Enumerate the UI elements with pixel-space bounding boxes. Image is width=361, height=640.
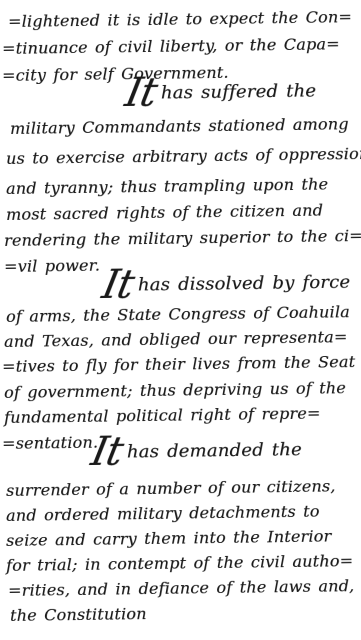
manuscript-line: =sentation. (2, 433, 98, 454)
manuscript-line-text: =vil power. (4, 256, 100, 277)
manuscript-line-text: and tyranny; thus trampling upon the (6, 175, 328, 199)
manuscript-page: =lightened it is idle to expect the Con=… (0, 0, 361, 640)
manuscript-line: for trial; in contempt of the civil auth… (6, 551, 353, 576)
manuscript-line: and ordered military detachments to (6, 502, 320, 526)
manuscript-line-text: =lightened it is idle to expect the Con= (8, 7, 352, 32)
manuscript-line: and tyranny; thus trampling upon the (6, 175, 328, 199)
manuscript-line-text: us to exercise arbitrary acts of oppress… (6, 144, 361, 169)
manuscript-line: rendering the military superior to the c… (4, 226, 361, 251)
manuscript-line: =tives to fly for their lives from the S… (2, 352, 355, 377)
manuscript-line: most sacred rights of the citizen and (6, 201, 323, 225)
manuscript-line-text: seize and carry them into the Interior (6, 526, 332, 551)
manuscript-line-text: of government; thus depriving us of the (4, 378, 346, 403)
manuscript-line: =rities, and in defiance of the laws and… (8, 576, 355, 601)
manuscript-line-text: has dissolved by force (138, 273, 351, 296)
manuscript-line-text: military Commandants stationed among (10, 114, 349, 139)
manuscript-line-text: for trial; in contempt of the civil auth… (6, 551, 353, 576)
manuscript-line-text: fundamental political right of repre= (4, 404, 321, 428)
manuscript-line: surrender of a number of our citizens, (6, 476, 336, 501)
manuscript-line-text: of arms, the State Congress of Coahuila (6, 302, 350, 327)
manuscript-line: =tinuance of civil liberty, or the Capa= (2, 34, 340, 59)
manuscript-line: =vil power. (4, 256, 100, 277)
manuscript-line-text: most sacred rights of the citizen and (6, 201, 323, 225)
manuscript-line-text: =sentation. (2, 433, 98, 454)
manuscript-line: seize and carry them into the Interior (6, 526, 332, 551)
manuscript-line: of arms, the State Congress of Coahuila (6, 302, 350, 327)
manuscript-line: of government; thus depriving us of the (4, 378, 346, 403)
manuscript-line-text: and ordered military detachments to (6, 502, 320, 526)
manuscript-line-text: =tives to fly for their lives from the S… (2, 352, 355, 377)
manuscript-line-text: =tinuance of civil liberty, or the Capa= (2, 34, 340, 59)
manuscript-line-text: has suffered the (161, 81, 317, 103)
manuscript-line-text: has demanded the (127, 440, 302, 462)
manuscript-line-text: the Constitution (10, 604, 147, 626)
manuscript-line: military Commandants stationed among (10, 114, 349, 139)
manuscript-line: Ithas demanded the (92, 440, 302, 463)
manuscript-line: and Texas, and obliged our representa= (4, 327, 348, 352)
manuscript-line: =lightened it is idle to expect the Con= (8, 7, 352, 32)
manuscript-line: the Constitution (10, 604, 147, 626)
manuscript-line: Ithas suffered the (126, 81, 316, 104)
manuscript-line-text: surrender of a number of our citizens, (6, 476, 336, 501)
manuscript-line-text: and Texas, and obliged our representa= (4, 327, 348, 352)
manuscript-line: Ithas dissolved by force (103, 273, 350, 296)
manuscript-line: fundamental political right of repre= (4, 404, 321, 428)
manuscript-line-text: rendering the military superior to the c… (4, 226, 361, 251)
manuscript-line: us to exercise arbitrary acts of oppress… (6, 144, 361, 169)
manuscript-line-text: =rities, and in defiance of the laws and… (8, 576, 355, 601)
